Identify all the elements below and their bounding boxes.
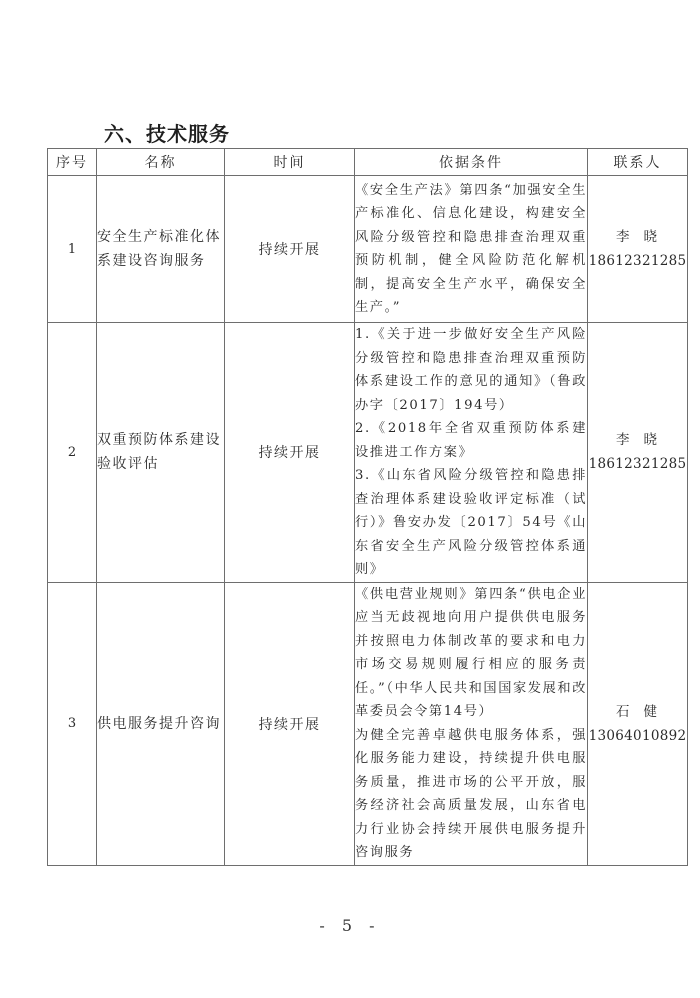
section-title: 六、技术服务 bbox=[104, 118, 230, 147]
basis-paragraph: 2.《2018年全省双重预防体系建设推进工作方案》 bbox=[355, 417, 587, 464]
table-row: 3 供电服务提升咨询 持续开展 《供电营业规则》第四条“供电企业应当无歧视地向用… bbox=[48, 582, 688, 865]
basis-paragraph: 《安全生产法》第四条“加强安全生产标准化、信息化建设，构建安全风险分级管控和隐患… bbox=[355, 179, 587, 320]
row-number: 1 bbox=[48, 176, 97, 323]
contact-cell: 李晓 18612321285 bbox=[588, 323, 688, 583]
service-name: 供电服务提升咨询 bbox=[97, 582, 225, 865]
service-time: 持续开展 bbox=[225, 323, 355, 583]
service-basis: 《供电营业规则》第四条“供电企业应当无歧视地向用户提供供电服务并按照电力体制改革… bbox=[355, 582, 588, 865]
header-no: 序号 bbox=[48, 149, 97, 176]
header-basis: 依据条件 bbox=[355, 149, 588, 176]
contact-name: 李晓 bbox=[600, 225, 687, 249]
service-basis: 1.《关于进一步做好安全生产风险分级管控和隐患排查治理双重预防体系建设工作的意见… bbox=[355, 323, 588, 583]
table-row: 2 双重预防体系建设验收评估 持续开展 1.《关于进一步做好安全生产风险分级管控… bbox=[48, 323, 688, 583]
technical-services-table: 序号 名称 时间 依据条件 联系人 1 安全生产标准化体系建设咨询服务 持续开展… bbox=[47, 148, 688, 866]
contact-phone: 18612321285 bbox=[588, 452, 687, 476]
service-name: 安全生产标准化体系建设咨询服务 bbox=[97, 176, 225, 323]
basis-paragraph: 为健全完善卓越供电服务体系，强化服务能力建设，持续提升供电服务质量，推进市场的公… bbox=[355, 724, 587, 865]
row-number: 2 bbox=[48, 323, 97, 583]
contact-cell: 石健 13064010892 bbox=[588, 582, 688, 865]
table-header-row: 序号 名称 时间 依据条件 联系人 bbox=[48, 149, 688, 176]
basis-paragraph: 3.《山东省风险分级管控和隐患排查治理体系建设验收评定标准（试行）》鲁安办发〔2… bbox=[355, 464, 587, 582]
service-basis: 《安全生产法》第四条“加强安全生产标准化、信息化建设，构建安全风险分级管控和隐患… bbox=[355, 176, 588, 323]
table-row: 1 安全生产标准化体系建设咨询服务 持续开展 《安全生产法》第四条“加强安全生产… bbox=[48, 176, 688, 323]
row-number: 3 bbox=[48, 582, 97, 865]
service-time: 持续开展 bbox=[225, 582, 355, 865]
basis-paragraph: 1.《关于进一步做好安全生产风险分级管控和隐患排查治理双重预防体系建设工作的意见… bbox=[355, 323, 587, 417]
service-name: 双重预防体系建设验收评估 bbox=[97, 323, 225, 583]
contact-name: 李晓 bbox=[600, 428, 687, 452]
header-name: 名称 bbox=[97, 149, 225, 176]
contact-phone: 18612321285 bbox=[588, 249, 687, 273]
header-contact: 联系人 bbox=[588, 149, 688, 176]
contact-cell: 李晓 18612321285 bbox=[588, 176, 688, 323]
contact-phone: 13064010892 bbox=[588, 724, 687, 748]
contact-name: 石健 bbox=[600, 700, 687, 724]
header-time: 时间 bbox=[225, 149, 355, 176]
basis-paragraph: 《供电营业规则》第四条“供电企业应当无歧视地向用户提供供电服务并按照电力体制改革… bbox=[355, 583, 587, 724]
page-number: - 5 - bbox=[0, 916, 700, 935]
service-time: 持续开展 bbox=[225, 176, 355, 323]
